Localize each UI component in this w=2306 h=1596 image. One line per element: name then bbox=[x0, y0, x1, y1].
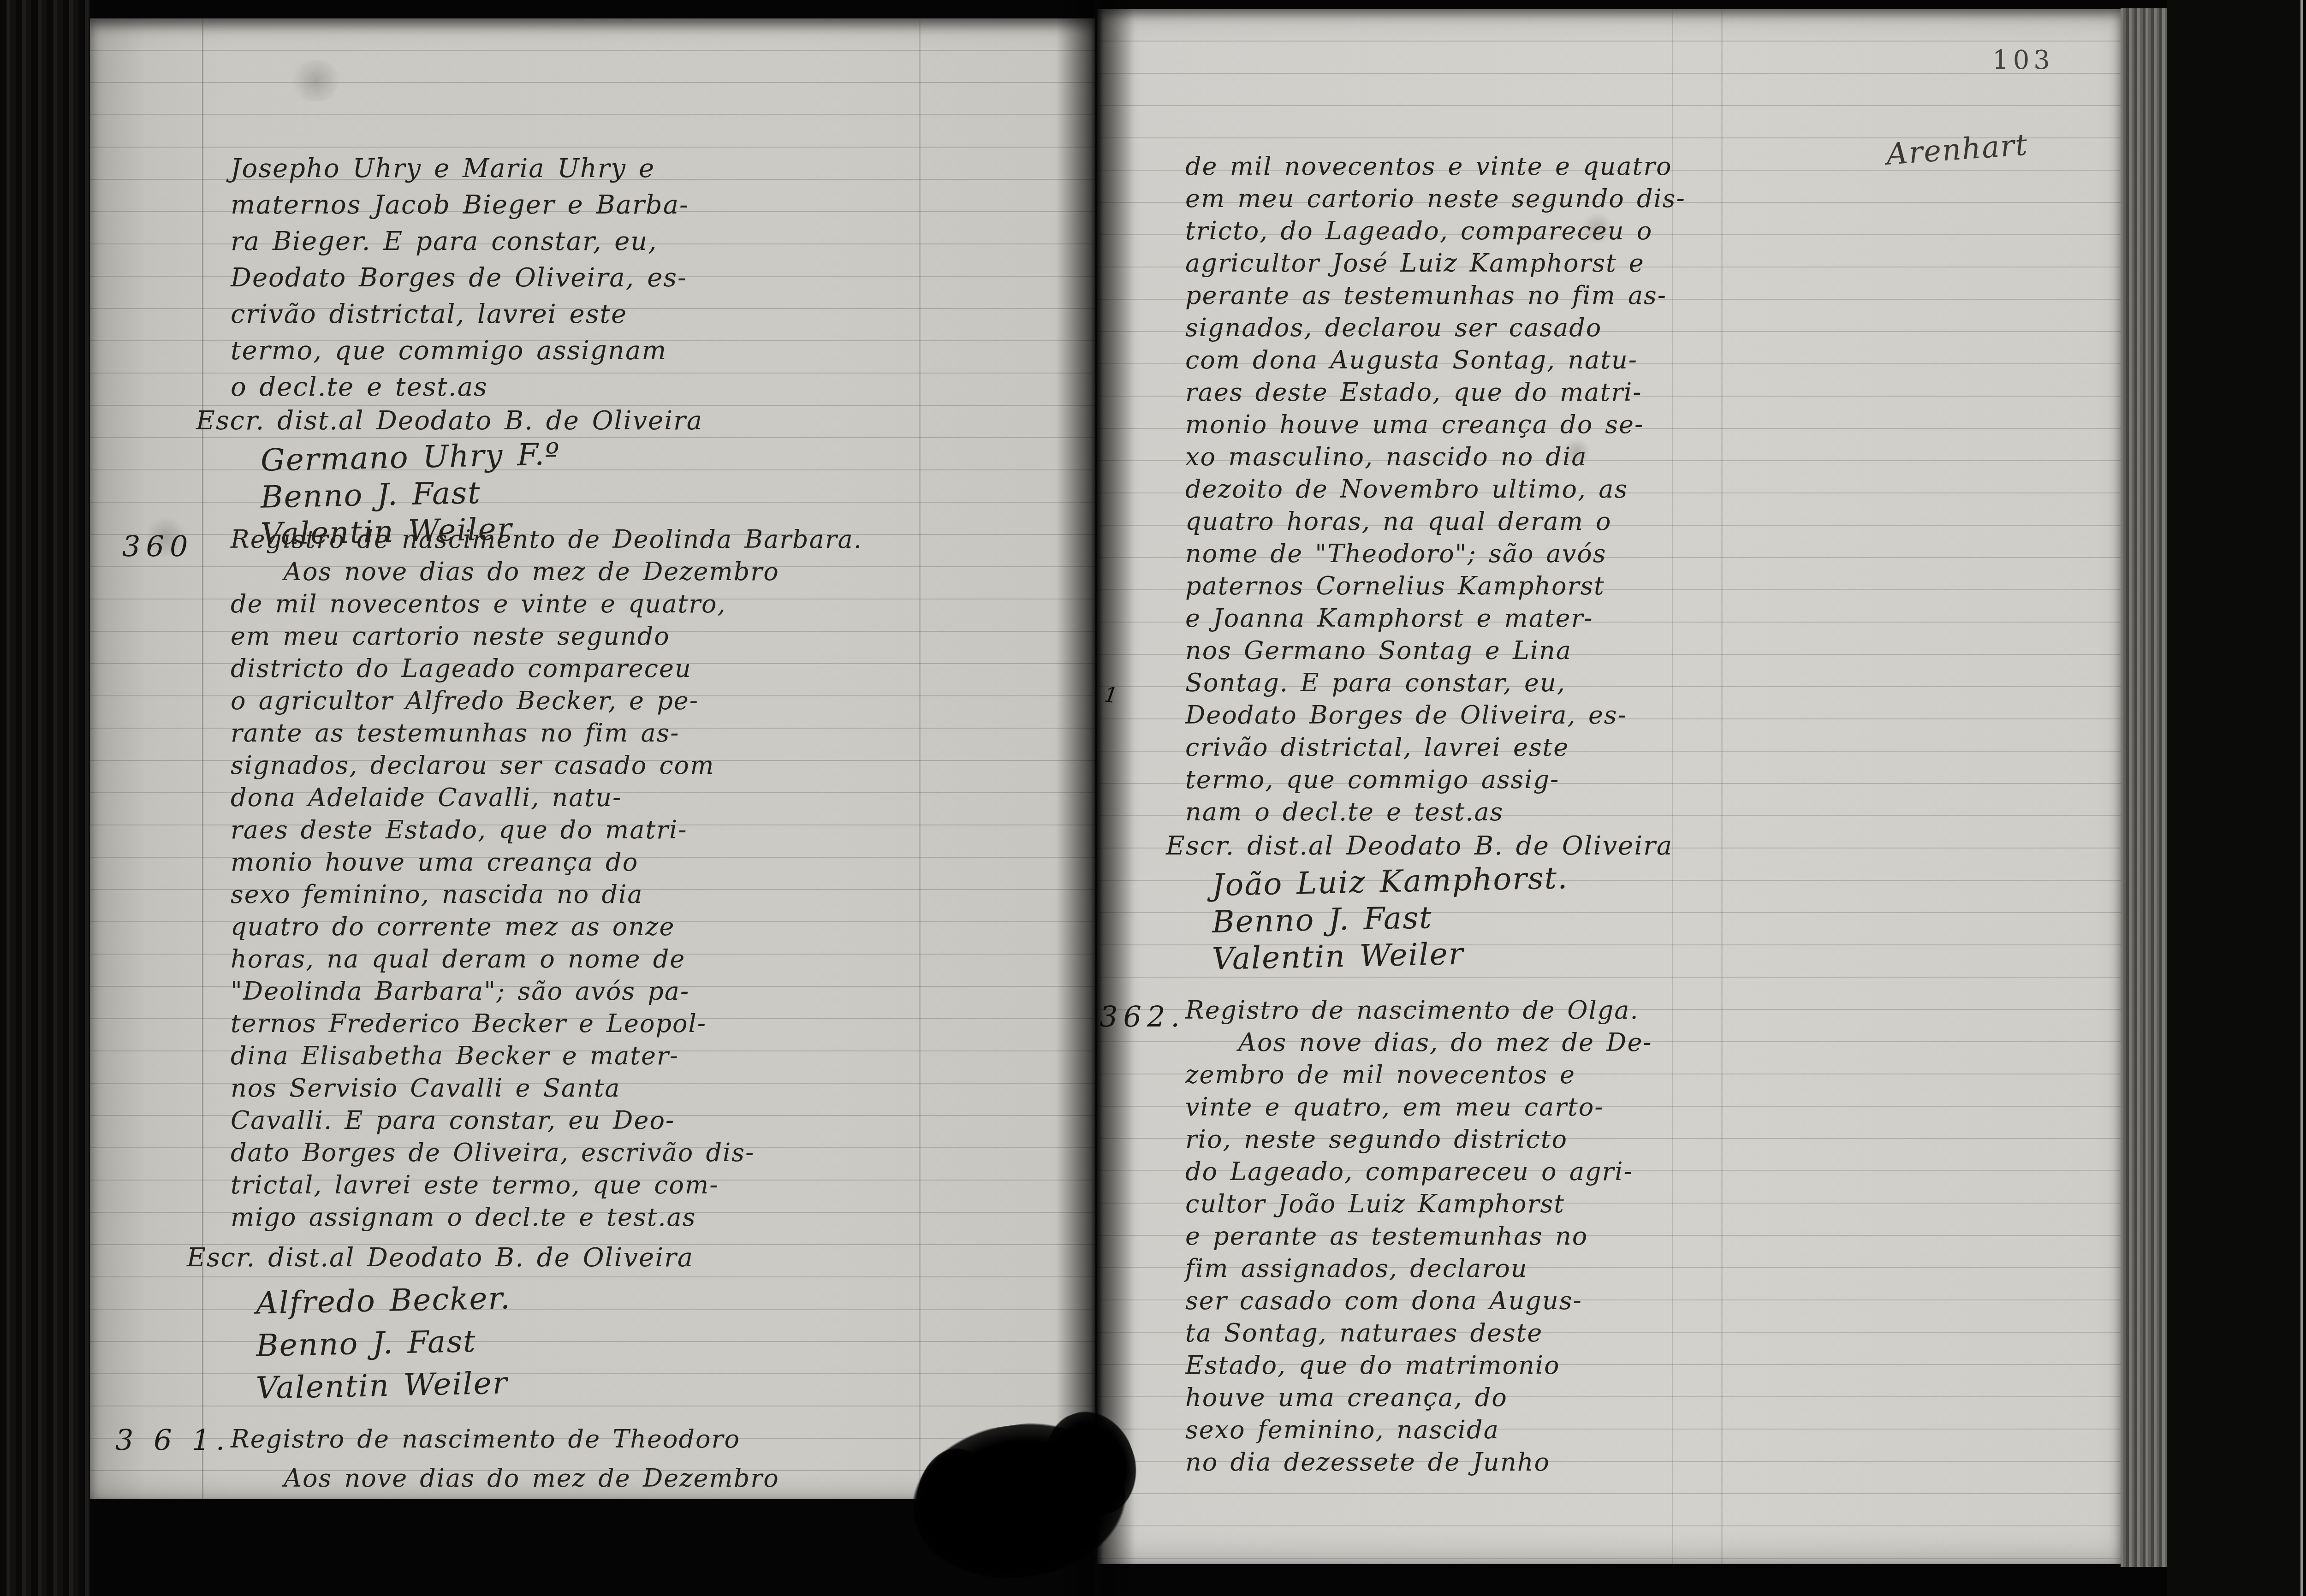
handwritten-line: ra Bieger. E para constar, eu, bbox=[231, 223, 689, 260]
handwritten-line: no dia dezessete de Junho bbox=[1185, 1446, 1652, 1478]
handwritten-line: sexo feminino, nascida bbox=[1185, 1414, 1652, 1446]
signature: Valentin Weiler bbox=[1212, 933, 1569, 978]
handwritten-line: trictal, lavrei este termo, que com- bbox=[231, 1169, 862, 1201]
handwritten-line: nam o decl.te e test.as bbox=[1185, 796, 1686, 828]
handwritten-line: com dona Augusta Sontag, natu- bbox=[1185, 344, 1686, 376]
handwritten-line: ternos Frederico Becker e Leopol- bbox=[231, 1008, 862, 1040]
handwritten-line: e Joanna Kamphorst e mater- bbox=[1185, 602, 1686, 635]
handwritten-line: districto do Lageado compareceu bbox=[231, 653, 862, 685]
handwritten-line: cultor João Luiz Kamphorst bbox=[1185, 1188, 1652, 1220]
left-page: Josepho Uhry e Maria Uhry ematernos Jaco… bbox=[90, 18, 1095, 1499]
book-cover-right bbox=[2167, 0, 2300, 1596]
handwritten-line: rante as testemunhas no fim as- bbox=[231, 717, 862, 749]
handwritten-line: Aos nove dias, do mez de De- bbox=[1185, 1026, 1652, 1059]
handwritten-line: nos Servisio Cavalli e Santa bbox=[231, 1072, 862, 1104]
handwritten-line: raes deste Estado, que do matri- bbox=[1185, 376, 1686, 409]
left-page-column-rule bbox=[919, 18, 921, 1499]
signature: Benno J. Fast bbox=[260, 473, 561, 516]
record-361-signatures: João Luiz Kamphorst.Benno J. FastValenti… bbox=[1212, 863, 1568, 974]
page-number: 103 bbox=[1992, 45, 2054, 75]
handwritten-line: monio houve uma creança do se- bbox=[1185, 409, 1686, 441]
officiant-signature-line: Escr. dist.al Deodato B. de Oliveira bbox=[1166, 831, 1673, 861]
handwritten-line: tricto, do Lageado, compareceu o bbox=[1185, 215, 1686, 247]
handwritten-line: signados, declarou ser casado com bbox=[231, 749, 862, 782]
right-page: 103 Arenhart 1 de mil novecentos e vinte… bbox=[1097, 9, 2121, 1564]
handwritten-line: em meu cartorio neste segundo bbox=[231, 620, 862, 653]
handwritten-line: nos Germano Sontag e Lina bbox=[1185, 635, 1686, 667]
handwritten-line: Sontag. E para constar, eu, bbox=[1185, 667, 1686, 699]
handwritten-line: Deodato Borges de Oliveira, es- bbox=[231, 260, 689, 296]
handwritten-line: do Lageado, compareceu o agri- bbox=[1185, 1156, 1652, 1188]
handwritten-line: de mil novecentos e vinte e quatro bbox=[1185, 150, 1686, 183]
handwritten-line: fim assignados, declarou bbox=[1185, 1252, 1652, 1285]
handwritten-line: horas, na qual deram o nome de bbox=[231, 943, 862, 975]
handwritten-line: em meu cartorio neste segundo dis- bbox=[1185, 183, 1686, 215]
officiant-signature-line: Escr. dist.al Deodato B. de Oliveira bbox=[187, 1243, 694, 1273]
record-361-continuation-text: de mil novecentos e vinte e quatroem meu… bbox=[1185, 150, 1686, 828]
officiant-signature-line: Escr. dist.al Deodato B. de Oliveira bbox=[196, 406, 703, 436]
handwritten-line: zembro de mil novecentos e bbox=[1185, 1059, 1652, 1091]
handwritten-line: Registro de nascimento de Deolinda Barba… bbox=[231, 523, 862, 556]
handwritten-line: rio, neste segundo districto bbox=[1185, 1123, 1652, 1156]
handwritten-line: o agricultor Alfredo Becker, e pe- bbox=[231, 685, 862, 717]
handwritten-line: crivão districtal, lavrei este bbox=[231, 296, 689, 332]
handwritten-line: Registro de nascimento de Theodoro bbox=[231, 1419, 779, 1459]
handwritten-line: paternos Cornelius Kamphorst bbox=[1185, 570, 1686, 602]
margin-annotation-arenhart: Arenhart bbox=[1885, 128, 2029, 172]
handwritten-line: Deodato Borges de Oliveira, es- bbox=[1185, 699, 1686, 731]
handwritten-line: quatro horas, na qual deram o bbox=[1185, 505, 1686, 538]
handwritten-line: Registro de nascimento de Olga. bbox=[1185, 994, 1652, 1026]
page-block-fore-edge bbox=[2121, 8, 2167, 1567]
handwritten-line: ser casado com dona Augus- bbox=[1185, 1285, 1652, 1317]
handwritten-line: perante as testemunhas no fim as- bbox=[1185, 279, 1686, 312]
handwritten-line: migo assignam o decl.te e test.as bbox=[231, 1201, 862, 1234]
record-360-signatures: Alfredo Becker.Benno J. FastValentin Wei… bbox=[256, 1280, 511, 1407]
handwritten-line: termo, que commigo assig- bbox=[1185, 764, 1686, 796]
handwritten-line: e perante as testemunhas no bbox=[1185, 1220, 1652, 1252]
record-number-361: 3 6 1. bbox=[115, 1423, 230, 1457]
handwritten-line: o decl.te e test.as bbox=[231, 369, 689, 405]
handwritten-line: agricultor José Luiz Kamphorst e bbox=[1185, 247, 1686, 279]
handwritten-line: maternos Jacob Bieger e Barba- bbox=[231, 187, 689, 223]
record-number-360: 360 bbox=[122, 529, 193, 563]
handwritten-line: dato Borges de Oliveira, escrivão dis- bbox=[231, 1137, 862, 1169]
signature: Germano Uhry F.º bbox=[260, 436, 561, 479]
handwritten-line: monio houve uma creança do bbox=[231, 846, 862, 878]
handwritten-line: de mil novecentos e vinte e quatro, bbox=[231, 588, 862, 620]
handwritten-line: Cavalli. E para constar, eu Deo- bbox=[231, 1104, 862, 1137]
book-gutter-shadow bbox=[1056, 0, 1135, 1596]
scanner-edge-line bbox=[2300, 0, 2303, 1596]
handwritten-line: xo masculino, nascido no dia bbox=[1185, 441, 1686, 473]
left-margin-rule bbox=[202, 18, 203, 1499]
handwritten-line: Aos nove dias do mez de Dezembro bbox=[231, 556, 862, 588]
record-362-text: Registro de nascimento de Olga.Aos nove … bbox=[1185, 994, 1652, 1478]
signature: Benno J. Fast bbox=[256, 1319, 511, 1367]
handwritten-line: ta Sontag, naturaes deste bbox=[1185, 1317, 1652, 1349]
paper-stain bbox=[288, 60, 344, 101]
handwritten-line: dezoito de Novembro ultimo, as bbox=[1185, 473, 1686, 505]
handwritten-line: dina Elisabetha Becker e mater- bbox=[231, 1040, 862, 1072]
handwritten-line: termo, que commigo assignam bbox=[231, 332, 689, 369]
record-360-text: Registro de nascimento de Deolinda Barba… bbox=[231, 523, 862, 1234]
registry-book-scan: Josepho Uhry e Maria Uhry ematernos Jaco… bbox=[0, 0, 2306, 1596]
signature: Valentin Weiler bbox=[256, 1362, 511, 1410]
signature: Alfredo Becker. bbox=[256, 1277, 511, 1325]
handwritten-line: vinte e quatro, em meu carto- bbox=[1185, 1091, 1652, 1123]
handwritten-line: Josepho Uhry e Maria Uhry e bbox=[231, 150, 689, 187]
handwritten-line: raes deste Estado, que do matri- bbox=[231, 814, 862, 846]
record-359-continuation-text: Josepho Uhry e Maria Uhry ematernos Jaco… bbox=[231, 150, 689, 405]
right-page-column-rule-2 bbox=[1721, 9, 1723, 1564]
handwritten-line: nome de "Theodoro"; são avós bbox=[1185, 538, 1686, 570]
handwritten-line: Estado, que do matrimonio bbox=[1185, 1349, 1652, 1382]
handwritten-line: quatro do corrente mez as onze bbox=[231, 911, 862, 943]
handwritten-line: "Deolinda Barbara"; são avós pa- bbox=[231, 975, 862, 1008]
handwritten-line: houve uma creança, do bbox=[1185, 1382, 1652, 1414]
handwritten-line: dona Adelaide Cavalli, natu- bbox=[231, 782, 862, 814]
book-spine-edge bbox=[0, 0, 90, 1596]
handwritten-line: Aos nove dias do mez de Dezembro bbox=[231, 1459, 779, 1498]
handwritten-line: sexo feminino, nascida no dia bbox=[231, 878, 862, 911]
record-361-text: Registro de nascimento de TheodoroAos no… bbox=[231, 1419, 779, 1498]
handwritten-line: crivão districtal, lavrei este bbox=[1185, 731, 1686, 764]
handwritten-line: signados, declarou ser casado bbox=[1185, 312, 1686, 344]
